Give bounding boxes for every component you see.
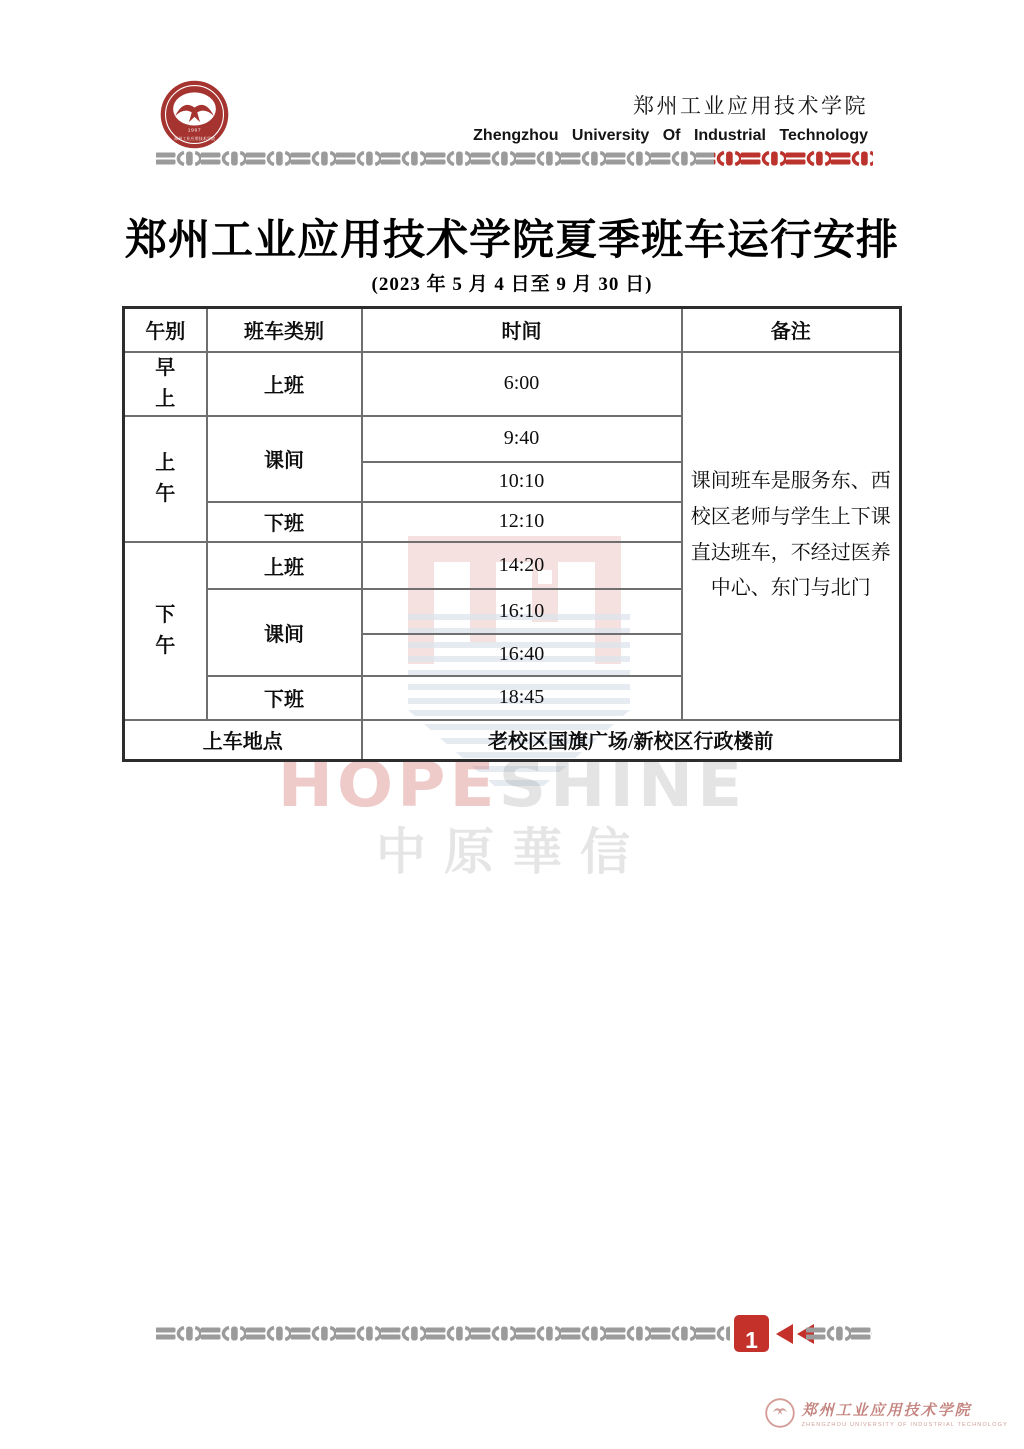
- corner-org-en: ZHENGZHOU UNIVERSITY OF INDUSTRIAL TECHN…: [802, 1422, 1008, 1428]
- table-row: 早上 上班 6:00 课间班车是服务东、西校区老师与学生上下课直达班车，不经过医…: [124, 352, 901, 416]
- col-header-period: 午别: [124, 308, 207, 352]
- time-cell: 12:10: [362, 502, 682, 542]
- corner-org-cn: 郑州工业应用技术学院: [802, 1399, 1008, 1420]
- time-cell: 9:40: [362, 416, 682, 462]
- header-org-block: 郑州工业应用技术学院 Zhengzhou University Of Indus…: [473, 90, 868, 145]
- period-afternoon: 下午: [155, 600, 176, 662]
- time-cell: 10:10: [362, 462, 682, 502]
- boarding-value: 老校区国旗广场/新校区行政楼前: [362, 720, 901, 761]
- chain-border-bottom-left: [156, 1326, 730, 1341]
- emblem-arc-text: 郑州工业应用技术学院: [174, 135, 215, 141]
- boarding-label: 上车地点: [124, 720, 362, 761]
- corner-emblem-icon: [765, 1398, 795, 1428]
- remark-cell: 课间班车是服务东、西校区老师与学生上下课直达班车，不经过医养中心、东门与北门: [682, 352, 901, 720]
- col-header-time: 时间: [362, 308, 682, 352]
- corner-logo: 郑州工业应用技术学院 ZHENGZHOU UNIVERSITY OF INDUS…: [765, 1398, 1008, 1428]
- category-cell: 下班: [207, 676, 362, 720]
- university-emblem-icon: 1997 郑州工业应用技术学院: [160, 80, 229, 149]
- category-cell: 上班: [207, 542, 362, 589]
- category-cell: 下班: [207, 502, 362, 542]
- chain-border-top: [156, 151, 873, 166]
- time-cell: 16:10: [362, 589, 682, 634]
- watermark-brand-cn: 中原華信: [0, 812, 1024, 884]
- page-subtitle: (2023 年 5 月 4 日至 9 月 30 日): [0, 269, 1024, 296]
- period-forenoon: 上午: [155, 448, 176, 510]
- org-name-cn: 郑州工业应用技术学院: [473, 90, 868, 120]
- chain-border-bottom-right: [806, 1326, 872, 1341]
- page-title: 郑州工业应用技术学院夏季班车运行安排: [0, 207, 1024, 267]
- category-cell: 上班: [207, 352, 362, 416]
- col-header-category: 班车类别: [207, 308, 362, 352]
- period-morning: 早上: [155, 353, 176, 415]
- category-cell: 课间: [207, 416, 362, 502]
- boarding-row: 上车地点 老校区国旗广场/新校区行政楼前: [124, 720, 901, 761]
- category-cell: 课间: [207, 589, 362, 676]
- corner-logo-text: 郑州工业应用技术学院 ZHENGZHOU UNIVERSITY OF INDUS…: [802, 1399, 1008, 1428]
- time-cell: 18:45: [362, 676, 682, 720]
- time-cell: 16:40: [362, 634, 682, 676]
- org-name-en: Zhengzhou University Of Industrial Techn…: [473, 127, 868, 145]
- document-page: 1997 郑州工业应用技术学院 郑州工业应用技术学院 Zhengzhou Uni…: [0, 0, 1024, 1449]
- time-cell: 14:20: [362, 542, 682, 589]
- footer-decoration: 1: [156, 1315, 873, 1355]
- time-cell: 6:00: [362, 352, 682, 416]
- table-header-row: 午别 班车类别 时间 备注: [124, 308, 901, 352]
- col-header-remark: 备注: [682, 308, 901, 352]
- emblem-year: 1997: [188, 127, 202, 133]
- bus-schedule-table: 午别 班车类别 时间 备注 早上 上班 6:00 课间班车是服务东、西校区老师与…: [122, 306, 902, 762]
- back-arrow-icon: [776, 1324, 793, 1344]
- page-number-badge: 1: [734, 1315, 769, 1352]
